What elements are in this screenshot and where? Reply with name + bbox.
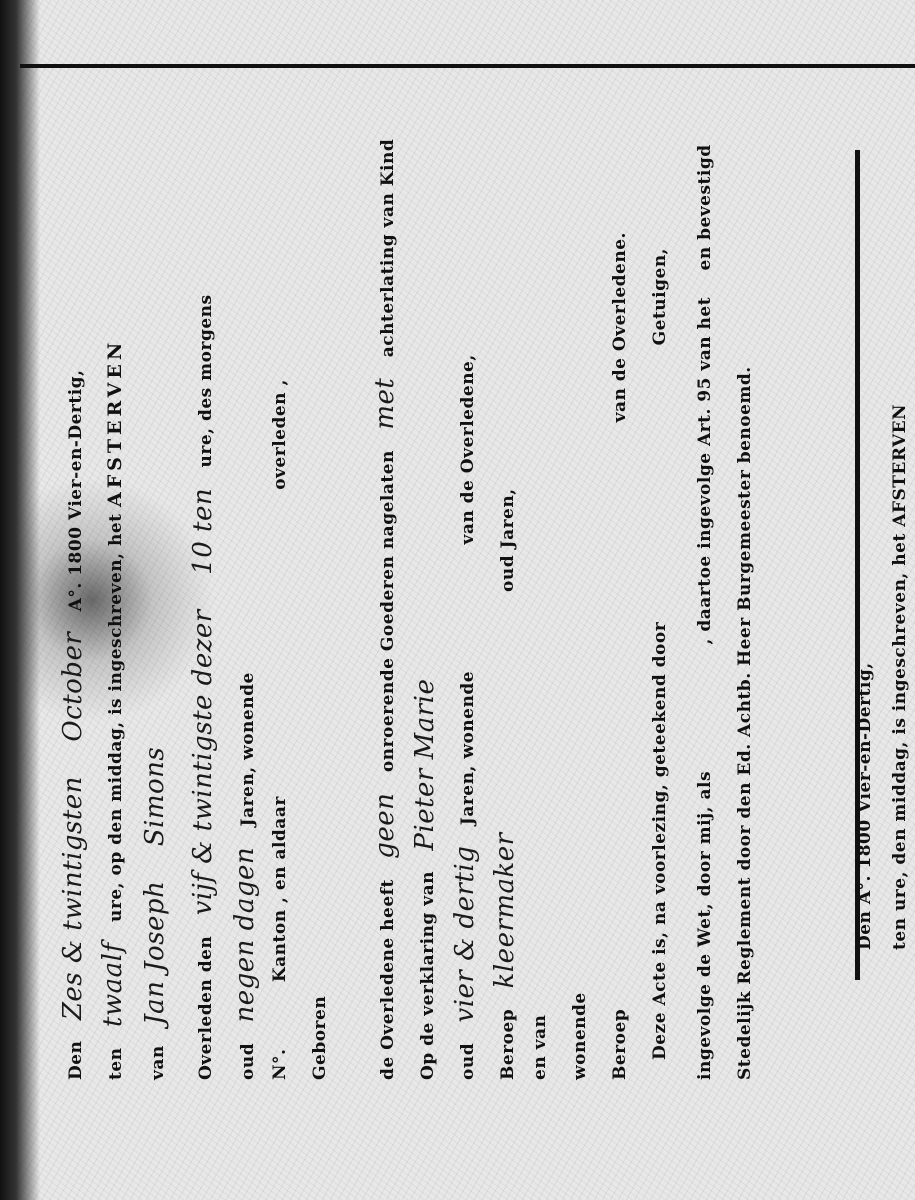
handwritten-time: 10 ten	[188, 488, 218, 575]
label: overleden ,	[270, 379, 290, 490]
label: oud	[458, 1043, 478, 1080]
footer-line-1: Den A°. 1800 Vier-en-Dertig,	[855, 662, 875, 950]
label: , daartoe ingevolge Art. 95 van het	[695, 297, 715, 645]
handwritten-hour: twaalf	[98, 942, 128, 1027]
label: Jaren, wonende	[238, 672, 258, 826]
footer-line-2: ten ure, den middag, is ingeschreven, he…	[890, 404, 910, 950]
record-line-15: Deze Acte is, na voorlezing, geteekend d…	[650, 248, 670, 1060]
label: N°.	[270, 1049, 290, 1080]
handwritten-age: vier & dertig	[450, 846, 480, 1023]
label: Den	[66, 1041, 86, 1080]
label: Deze Acte is, na voorlezing, geteekend d…	[650, 622, 670, 1060]
handwritten-day: Zes & twintigsten	[58, 776, 88, 1020]
record-line-8: de Overledene heeft geen onroerende Goed…	[370, 139, 400, 1080]
record-line-13: wonende	[570, 992, 590, 1080]
handwritten-month: October	[58, 632, 88, 742]
label: van	[148, 1045, 168, 1080]
record-line-2: ten twaalf ure, op den middag, is ingesc…	[98, 339, 128, 1080]
afsterven-heading: AFSTERVEN	[104, 339, 126, 507]
handwritten-met: met	[370, 378, 400, 430]
record-line-3: van Jan Joseph Simons	[140, 733, 170, 1080]
handwritten-surname: Simons	[140, 747, 170, 847]
record-line-17: Stedelijk Reglement door den Ed. Achtb. …	[735, 366, 755, 1080]
label: ten	[106, 1047, 126, 1080]
label: en van	[530, 1015, 550, 1080]
handwritten-date: vijf & twintigste dezer	[188, 609, 218, 915]
record-line-11: Beroep kleermaker oud Jaren,	[490, 488, 520, 1080]
next-record-header: Den A°. 1800 Vier-en-Dertig,	[855, 662, 875, 950]
handwritten-declarant: Pieter Marie	[410, 679, 440, 851]
label: Kanton , en aldaar	[270, 796, 290, 982]
label: Geboren	[310, 996, 330, 1080]
label: ure, des morgens	[196, 294, 216, 467]
label: achterlating van Kind	[378, 139, 398, 357]
label: oud	[238, 1043, 258, 1080]
record-line-16: ingevolge de Wet, door mij, als , daarto…	[695, 144, 715, 1080]
label: Op de verklaring van	[418, 871, 438, 1080]
record-line-5: oud negen dagen Jaren, wonende	[230, 672, 260, 1080]
record-line-12: en van	[530, 1015, 550, 1080]
label: Beroep	[610, 1009, 630, 1080]
rotated-record: Den Zes & twintigsten October A°. 1800 V…	[0, 0, 915, 1200]
year-text: A°. 1800 Vier-en-Dertig,	[66, 370, 86, 612]
handwritten-none: geen	[370, 793, 400, 859]
label: van de Overledene.	[610, 232, 630, 422]
label: oud Jaren,	[498, 488, 518, 592]
record-line-7: Geboren	[310, 996, 330, 1080]
label: ure, op den middag, is ingeschreven, het	[106, 513, 126, 922]
label: ingevolge de Wet, door mij, als	[695, 771, 715, 1080]
label: en bevestigd	[695, 144, 715, 270]
label: van de Overledene,	[458, 354, 478, 544]
record-line-14: Beroep van de Overledene.	[610, 232, 630, 1080]
label: Stedelijk Reglement door den Ed. Achtb. …	[735, 366, 755, 1080]
record-line-4: Overleden den vijf & twintigste dezer 10…	[188, 294, 218, 1080]
handwritten-name: Jan Joseph	[140, 881, 170, 1025]
label: de Overledene heeft	[378, 879, 398, 1080]
handwritten-age: negen dagen	[230, 847, 260, 1023]
label: Getuigen,	[650, 248, 670, 346]
label: wonende	[570, 992, 590, 1080]
handwritten-occupation: kleermaker	[490, 832, 520, 988]
record-line-6: N°. Kanton , en aldaar overleden ,	[270, 379, 290, 1080]
label: Overleden den	[196, 936, 216, 1080]
label: Jaren, wonende	[458, 671, 478, 825]
record-line-1: Den Zes & twintigsten October A°. 1800 V…	[58, 370, 88, 1081]
next-record-header: ten ure, den middag, is ingeschreven, he…	[890, 404, 910, 950]
label: onroerende Goederen nagelaten	[378, 450, 398, 772]
record-line-9: Op de verklaring van Pieter Marie	[410, 665, 440, 1080]
label: Beroep	[498, 1009, 518, 1080]
record-line-10: oud vier & dertig Jaren, wonende van de …	[450, 354, 480, 1080]
